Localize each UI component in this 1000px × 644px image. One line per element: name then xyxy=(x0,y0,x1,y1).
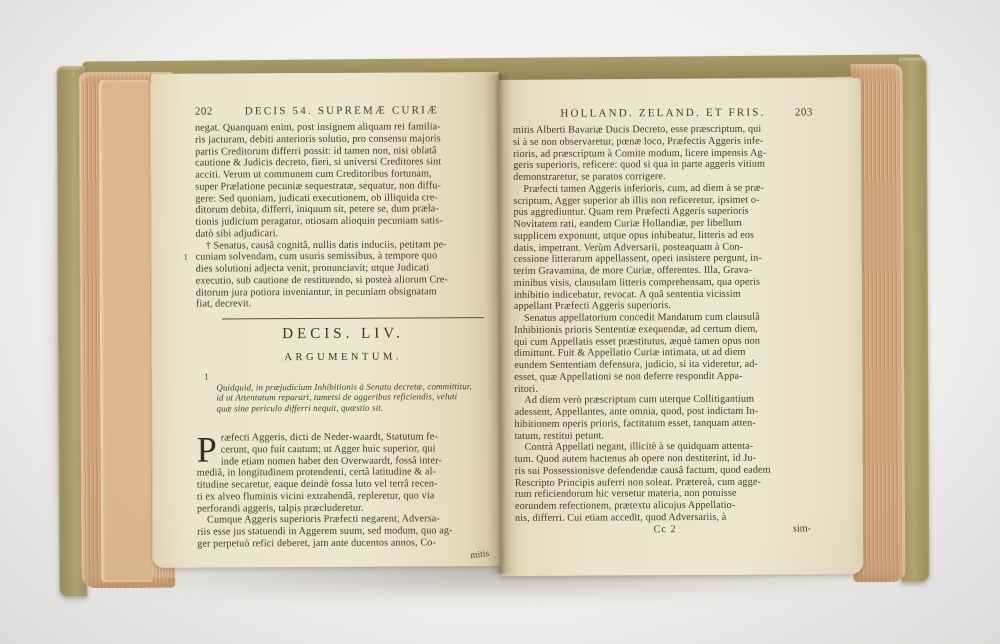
right-running-head: HOLLAND. ZELAND. ET FRIS. 203 xyxy=(513,106,813,121)
dropcap-paragraph: Præfecti Aggeris, dicti de Neder-waardt,… xyxy=(197,419,491,515)
argument-item: 1Quidquid, in præjudicium Inhibitionis à… xyxy=(196,370,490,414)
catchword-left: mitis xyxy=(470,549,490,561)
left-running-title: DECIS 54. SUPREMÆ CURIÆ xyxy=(195,104,489,118)
paragraph: Senatus appellatorium concedit Mandatum … xyxy=(514,311,814,395)
argument-number: 1 xyxy=(204,372,209,383)
left-catchword-row: mitis xyxy=(197,549,491,563)
drop-cap: P xyxy=(197,433,221,466)
argumentum-heading: ARGUMENTUM. xyxy=(196,351,490,364)
signature-mark: Cc 2 xyxy=(515,523,815,536)
signature-row: Cc 2 sim- xyxy=(515,523,815,537)
section-rule xyxy=(222,317,484,319)
paragraph: Præfecti tamen Aggeris inferioris, cum, … xyxy=(513,182,814,313)
left-page-text: 202 DECIS 54. SUPREMÆ CURIÆ 1 negat. Qua… xyxy=(195,104,491,562)
photo-background: 202 DECIS 54. SUPREMÆ CURIÆ 1 negat. Qua… xyxy=(0,0,1000,644)
paragraph: Cumque Aggeris superioris Præfecti negar… xyxy=(197,513,491,550)
decis-heading: DECIS. LIV. xyxy=(196,325,490,344)
left-running-head: 202 DECIS 54. SUPREMÆ CURIÆ xyxy=(195,104,489,119)
margin-note: 1 xyxy=(184,252,188,262)
right-page-text: HOLLAND. ZELAND. ET FRIS. 203 mitis Albe… xyxy=(513,106,815,536)
paragraph: † Senatus, causâ cognitâ, nullis datis i… xyxy=(196,239,490,311)
argument-text: Quidquid, in præjudicium Inhibitionis à … xyxy=(216,381,472,414)
dropcap-paragraph-text: ræfecti Aggeris, dicti de Neder-waardt, … xyxy=(197,431,442,514)
paragraph: Ad diem verò præscriptum cum uterque Col… xyxy=(514,394,814,443)
paragraph: mitis Alberti Bavariæ Ducis Decreto, ess… xyxy=(513,123,813,183)
paragraph: negat. Quanquam enim, post insignem aliq… xyxy=(195,121,490,240)
paragraph: Contrà Appellati negant, illicitè à se q… xyxy=(515,441,815,525)
right-running-title: HOLLAND. ZELAND. ET FRIS. xyxy=(513,106,813,120)
catchword-right: sim- xyxy=(793,523,811,534)
open-book: 202 DECIS 54. SUPREMÆ CURIÆ 1 negat. Qua… xyxy=(0,0,1000,644)
page-stack-left-step xyxy=(99,80,154,582)
right-page-number: 203 xyxy=(795,106,813,118)
